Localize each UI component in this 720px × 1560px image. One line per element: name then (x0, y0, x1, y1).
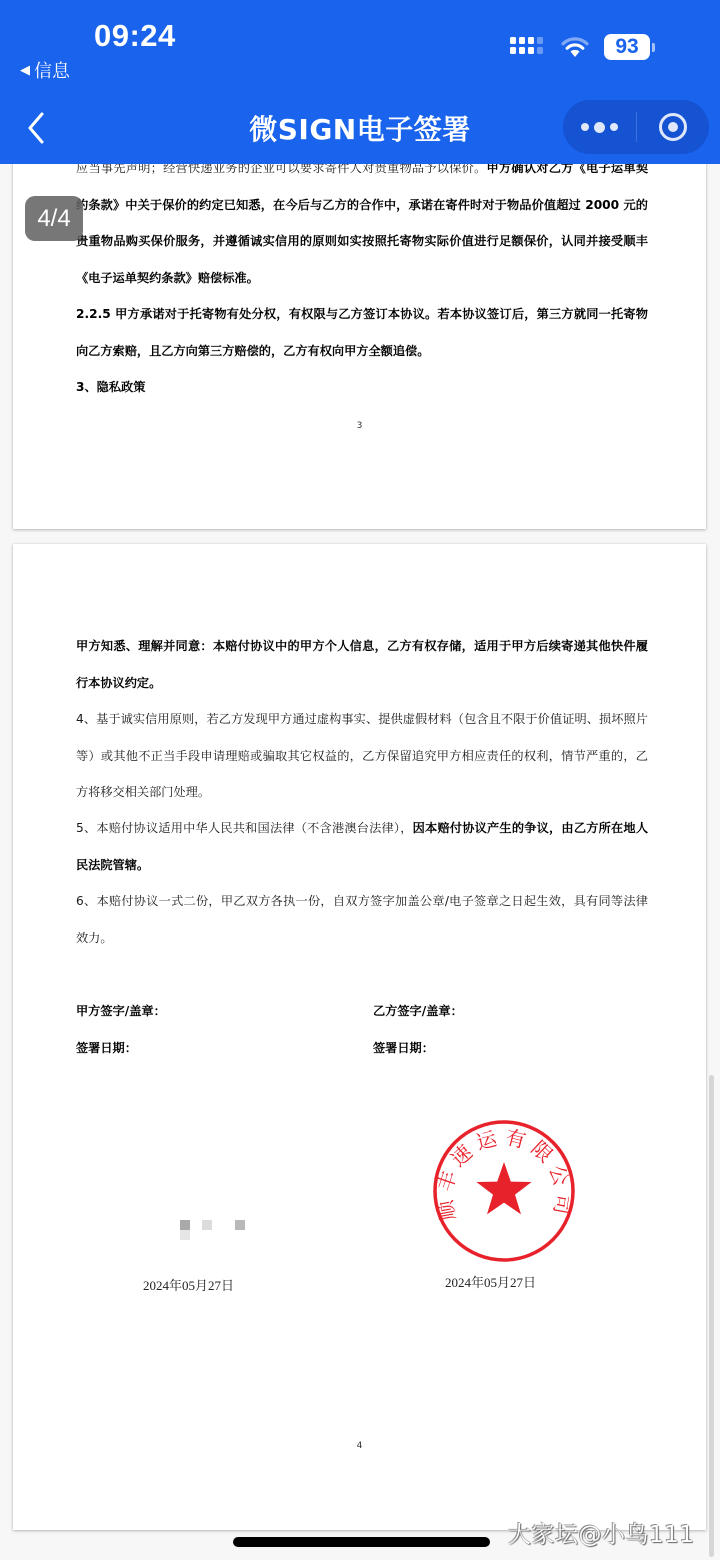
home-indicator-bar[interactable] (233, 1537, 490, 1547)
vertical-scrollbar[interactable] (709, 1075, 714, 1557)
more-dots-icon (581, 123, 589, 131)
page-number: 4 (13, 1441, 706, 1451)
status-time: 09:24 (94, 18, 176, 54)
battery-indicator: 93 (604, 34, 655, 60)
company-seal-stamp: 顺丰速运有限公司 (431, 1118, 577, 1264)
clause-2-2-4-text: 应当事先声明；经营快递业务的企业可以要求寄件人对贵重物品予以保价。甲方确认对乙方… (76, 164, 648, 296)
battery-tip (652, 43, 655, 52)
page-number: 3 (13, 421, 706, 431)
more-button[interactable] (563, 100, 636, 154)
clause-4-text: 4、基于诚实信用原则，若乙方发现甲方通过虚构事实、提供虚假材料（包含且不限于价值… (76, 701, 648, 811)
party-a-date-label: 签署日期： (76, 1039, 137, 1056)
document-page-4: 甲方知悉、理解并同意：本赔付协议中的甲方个人信息，乙方有权存储，适用于甲方后续寄… (13, 544, 706, 1530)
party-a-sign-label: 甲方签字/盖章： (76, 1002, 166, 1019)
forum-watermark: 大家坛@小鸟111 (508, 1516, 694, 1549)
target-close-icon (659, 113, 687, 141)
page-indicator-badge: 4/4 (25, 196, 83, 241)
section-heading-privacy: 3、隐私政策 (76, 369, 648, 406)
party-b-sign-date: 2024年05月27日 (445, 1272, 536, 1291)
party-a-sign-date: 2024年05月27日 (143, 1275, 234, 1294)
clause-text-regular: 应当事先声明；经营快递业务的企业可以要求寄件人对贵重物品予以保价。 (76, 164, 487, 175)
document-viewer[interactable]: 应当事先声明；经营快递业务的企业可以要求寄件人对贵重物品予以保价。甲方确认对乙方… (0, 164, 720, 1560)
document-page-3: 应当事先声明；经营快递业务的企业可以要求寄件人对贵重物品予以保价。甲方确认对乙方… (13, 164, 706, 529)
party-b-date-label: 签署日期： (373, 1039, 434, 1056)
clause-2-2-5-text: 2.2.5 甲方承诺对于托寄物有处分权，有权限与乙方签订本协议。若本协议签订后，… (76, 296, 648, 369)
cellular-signal-icon (510, 37, 546, 57)
close-miniprogram-button[interactable] (637, 100, 709, 154)
app-header: 09:24 ◀ 信息 93 微SIGN电子签署 (0, 0, 720, 164)
more-dots-icon (610, 123, 618, 131)
wifi-icon (560, 36, 590, 58)
clause-text-bold: 甲方确认对乙方《电子运单契约条款》中关于保价的约定已知悉，在今后与乙方的合作中，… (76, 164, 648, 285)
more-dots-icon (594, 122, 605, 133)
back-triangle-icon: ◀ (20, 63, 30, 78)
status-indicators: 93 (510, 34, 655, 60)
clause-5-text: 5、本赔付协议适用中华人民共和国法律（不含港澳台法律），因本赔付协议产生的争议，… (76, 810, 648, 883)
party-a-signature-redacted (178, 1220, 253, 1244)
clause-6-text: 6、本赔付协议一式二份，甲乙双方各执一份，自双方签字加盖公章/电子签章之日起生效… (76, 883, 648, 956)
clause-text-regular: 5、本赔付协议适用中华人民共和国法律（不含港澳台法律）， (76, 821, 413, 835)
mini-program-capsule (563, 100, 709, 154)
status-back-label: 信息 (34, 57, 70, 83)
party-b-sign-label: 乙方签字/盖章： (373, 1002, 463, 1019)
privacy-consent-text: 甲方知悉、理解并同意：本赔付协议中的甲方个人信息，乙方有权存储，适用于甲方后续寄… (76, 628, 648, 701)
status-back-to-app[interactable]: ◀ 信息 (20, 57, 70, 83)
battery-level: 93 (604, 34, 650, 60)
